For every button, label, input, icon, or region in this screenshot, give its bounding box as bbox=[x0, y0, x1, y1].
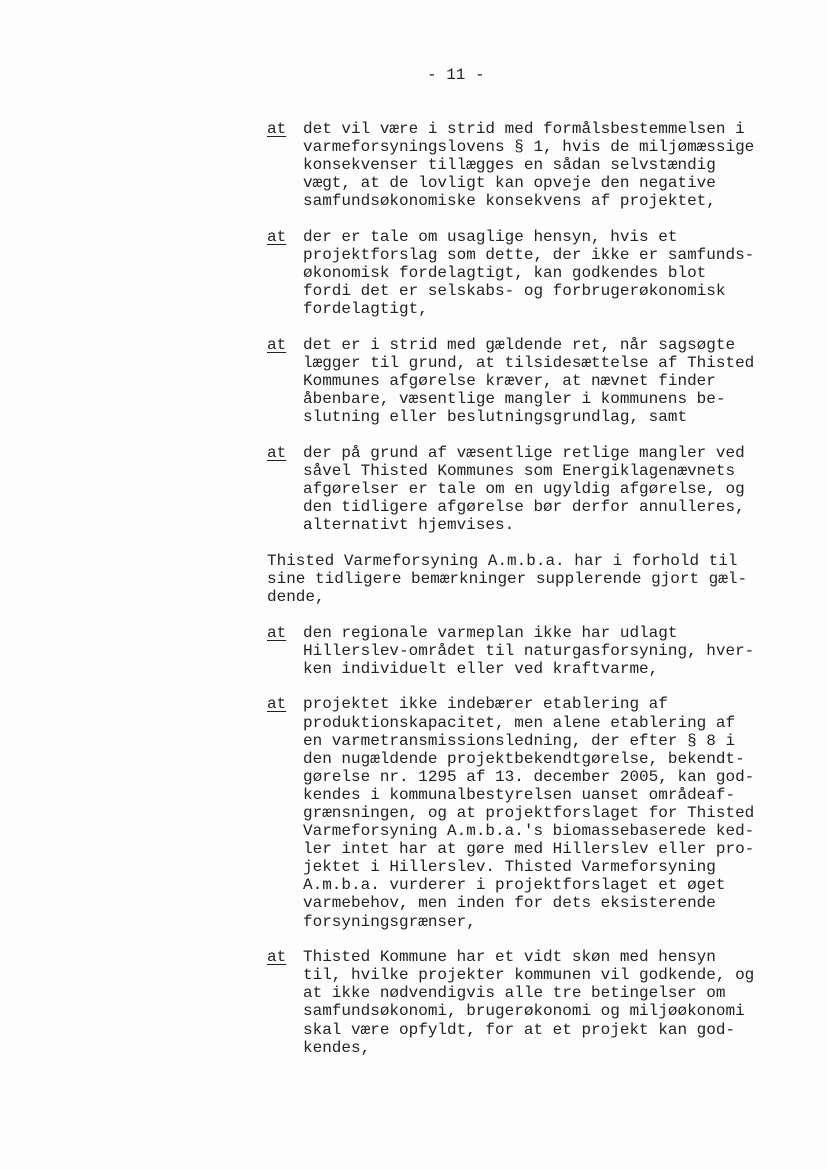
text-line: til, hvilke projekter kommunen vil godke… bbox=[303, 966, 787, 984]
text-line: Thisted Varmeforsyning A.m.b.a. har i fo… bbox=[267, 552, 787, 570]
at-marker: at bbox=[267, 336, 286, 354]
text-line: samfundsøkonomi, brugerøkonomi og miljøø… bbox=[303, 1002, 787, 1020]
text-line: en varmetransmissionsledning, der efter … bbox=[303, 732, 787, 750]
text-line: ler intet har at gøre med Hillerslev ell… bbox=[303, 840, 787, 858]
text-line: projektet ikke indebærer etablering af bbox=[303, 695, 787, 713]
text-line: åbenbare, væsentlige mangler i kommunens… bbox=[303, 390, 787, 408]
text-line: den nugældende projektbekendtgørelse, be… bbox=[303, 750, 787, 768]
at-item: atdet vil være i strid med formålsbestem… bbox=[267, 120, 787, 210]
text-line: afgørelser er tale om en ugyldig afgørel… bbox=[303, 480, 787, 498]
at-item: atden regionale varmeplan ikke har udlag… bbox=[267, 624, 787, 678]
text-line: Kommunes afgørelse kræver, at nævnet fin… bbox=[303, 372, 787, 390]
at-marker: at bbox=[267, 444, 286, 462]
at-item: atprojektet ikke indebærer etablering af… bbox=[267, 695, 787, 930]
at-item: atder er tale om usaglige hensyn, hvis e… bbox=[267, 228, 787, 318]
at-marker: at bbox=[267, 695, 286, 713]
text-line: den tidligere afgørelse bør derfor annul… bbox=[303, 498, 787, 516]
text-line: varmebehov, men inden for dets eksistere… bbox=[303, 894, 787, 912]
text-line: forsyningsgrænser, bbox=[303, 913, 787, 931]
text-line: slutning eller beslutningsgrundlag, samt bbox=[303, 408, 787, 426]
at-marker: at bbox=[267, 228, 286, 246]
text-line: vægt, at de lovligt kan opveje den negat… bbox=[303, 174, 787, 192]
text-line: jektet i Hillerslev. Thisted Varmeforsyn… bbox=[303, 858, 787, 876]
text-line: kendes, bbox=[303, 1039, 787, 1057]
text-line: projektforslag som dette, der ikke er sa… bbox=[303, 246, 787, 264]
at-marker: at bbox=[267, 624, 286, 642]
text-line: varmeforsyningslovens § 1, hvis de miljø… bbox=[303, 138, 787, 156]
text-line: dende, bbox=[267, 588, 787, 606]
text-line: Thisted Kommune har et vidt skøn med hen… bbox=[303, 948, 787, 966]
text-line: såvel Thisted Kommunes som Energiklagenæ… bbox=[303, 462, 787, 480]
text-line: ken individuelt eller ved kraftvarme, bbox=[303, 660, 787, 678]
text-line: kendes i kommunalbestyrelsen uanset områ… bbox=[303, 786, 787, 804]
at-marker: at bbox=[267, 948, 286, 966]
text-line: den regionale varmeplan ikke har udlagt bbox=[303, 624, 787, 642]
text-line: gørelse nr. 1295 af 13. december 2005, k… bbox=[303, 768, 787, 786]
text-line: lægger til grund, at tilsidesættelse af … bbox=[303, 354, 787, 372]
intro-paragraph: Thisted Varmeforsyning A.m.b.a. har i fo… bbox=[267, 552, 787, 606]
document-page: - 11 - atdet vil være i strid med formål… bbox=[0, 0, 827, 1170]
text-line: produktionskapacitet, men alene etableri… bbox=[303, 714, 787, 732]
text-line: det vil være i strid med formålsbestemme… bbox=[303, 120, 787, 138]
text-line: der er tale om usaglige hensyn, hvis et bbox=[303, 228, 787, 246]
at-item: atdet er i strid med gældende ret, når s… bbox=[267, 336, 787, 426]
document-body: atdet vil være i strid med formålsbestem… bbox=[267, 120, 787, 1074]
text-line: konsekvenser tillægges en sådan selvstæn… bbox=[303, 156, 787, 174]
text-line: alternativt hjemvises. bbox=[303, 516, 787, 534]
text-line: A.m.b.a. vurderer i projektforslaget et … bbox=[303, 876, 787, 894]
text-line: Hillerslev-området til naturgasforsyning… bbox=[303, 642, 787, 660]
text-line: grænsningen, og at projektforslaget for … bbox=[303, 804, 787, 822]
text-line: det er i strid med gældende ret, når sag… bbox=[303, 336, 787, 354]
at-item: atThisted Kommune har et vidt skøn med h… bbox=[267, 948, 787, 1057]
text-line: sine tidligere bemærkninger supplerende … bbox=[267, 570, 787, 588]
text-line: at ikke nødvendigvis alle tre betingelse… bbox=[303, 984, 787, 1002]
text-line: der på grund af væsentlige retlige mangl… bbox=[303, 444, 787, 462]
at-marker: at bbox=[267, 120, 286, 138]
text-line: skal være opfyldt, for at et projekt kan… bbox=[303, 1021, 787, 1039]
text-line: fordelagtigt, bbox=[303, 300, 787, 318]
text-line: økonomisk fordelagtigt, kan godkendes bl… bbox=[303, 264, 787, 282]
text-line: fordi det er selskabs- og forbrugerøkono… bbox=[303, 282, 787, 300]
at-item: atder på grund af væsentlige retlige man… bbox=[267, 444, 787, 534]
page-number: - 11 - bbox=[427, 66, 485, 84]
text-line: samfundsøkonomiske konsekvens af projekt… bbox=[303, 192, 787, 210]
text-line: Varmeforsyning A.m.b.a.'s biomassebasere… bbox=[303, 822, 787, 840]
